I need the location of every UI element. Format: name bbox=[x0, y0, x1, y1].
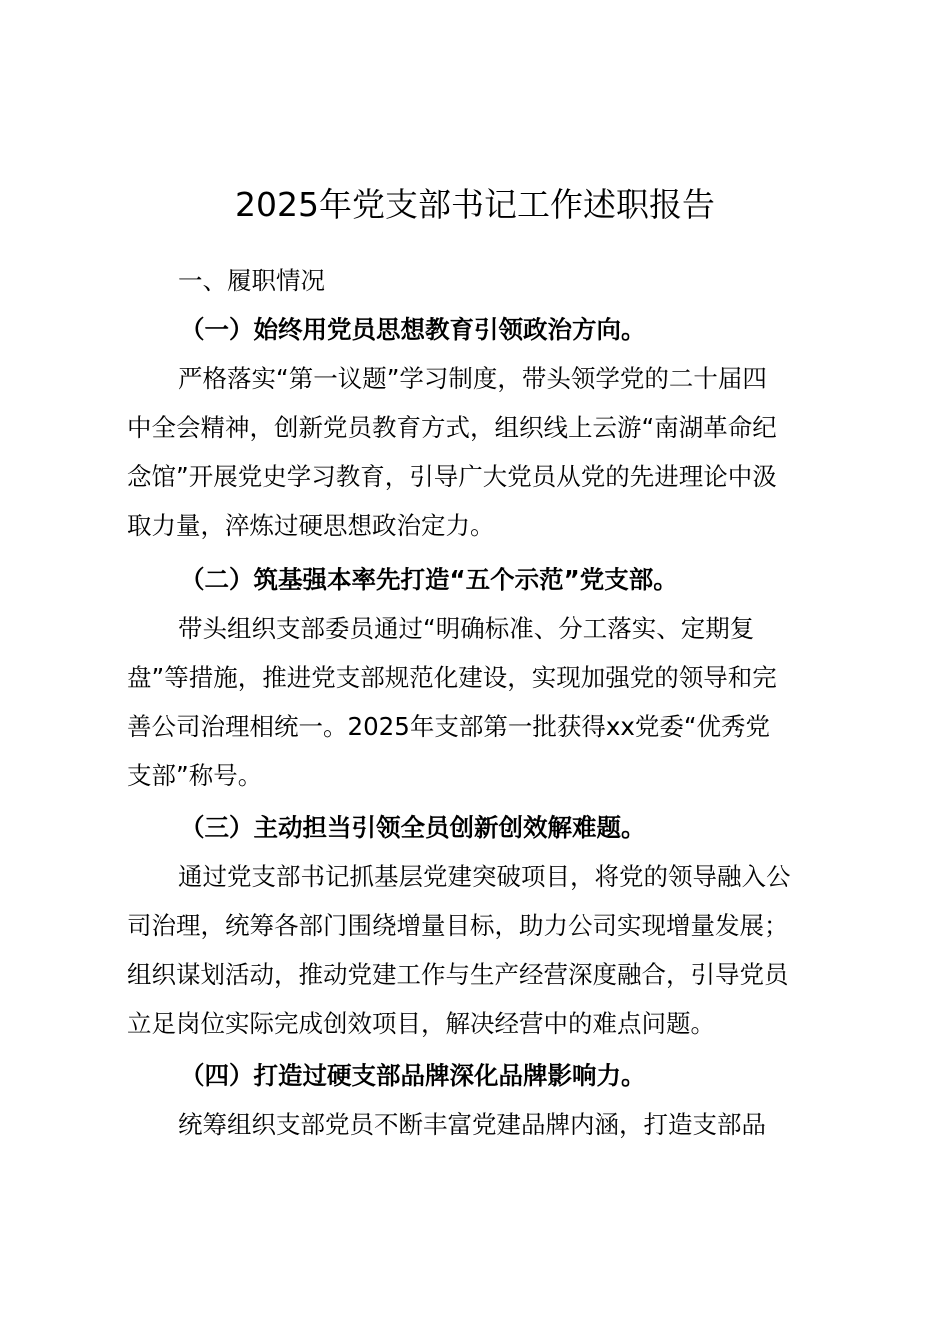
subsection-heading-1: （一）始终用党员思想教育引领政治方向。 bbox=[180, 313, 646, 347]
subsection-heading-3: （三）主动担当引领全员创新创效解难题。 bbox=[180, 811, 646, 845]
paragraph-line: 带头组织支部委员通过“明确标准、分工落实、定期复 bbox=[178, 612, 754, 646]
paragraph-line: 取力量，淬炼过硬思想政治定力。 bbox=[127, 509, 495, 543]
paragraph-line: 支部”称号。 bbox=[127, 759, 262, 793]
subsection-heading-2: （二）筑基强本率先打造“五个示范”党支部。 bbox=[180, 563, 678, 597]
paragraph-line: 司治理，统筹各部门围绕增量目标，助力公司实现增量发展； bbox=[127, 909, 789, 943]
paragraph-line: 中全会精神，创新党员教育方式，组织线上云游“南湖革命纪 bbox=[127, 411, 777, 445]
paragraph-line: 严格落实“第一议题”学习制度，带头领学党的二十届四 bbox=[178, 362, 767, 396]
paragraph-line: 立足岗位实际完成创效项目，解决经营中的难点问题。 bbox=[127, 1007, 715, 1041]
paragraph-line: 通过党支部书记抓基层党建突破项目，将党的领导融入公 bbox=[178, 860, 791, 894]
document-title: 2025年党支部书记工作述职报告 bbox=[0, 182, 950, 228]
paragraph-line: 统筹组织支部党员不断丰富党建品牌内涵，打造支部品 bbox=[178, 1108, 766, 1142]
paragraph-line: 盘”等措施，推进党支部规范化建设，实现加强党的领导和完 bbox=[127, 661, 777, 695]
subsection-heading-4: （四）打造过硬支部品牌深化品牌影响力。 bbox=[180, 1059, 646, 1093]
document-page: 2025年党支部书记工作述职报告 一、履职情况 （一）始终用党员思想教育引领政治… bbox=[0, 0, 950, 1344]
paragraph-line: 善公司治理相统一。2025年支部第一批获得xx党委“优秀党 bbox=[127, 710, 770, 744]
paragraph-line: 组织谋划活动，推动党建工作与生产经营深度融合，引导党员 bbox=[127, 958, 789, 992]
section-heading-performance: 一、履职情况 bbox=[178, 264, 325, 298]
paragraph-line: 念馆”开展党史学习教育，引导广大党员从党的先进理论中汲 bbox=[127, 460, 777, 494]
